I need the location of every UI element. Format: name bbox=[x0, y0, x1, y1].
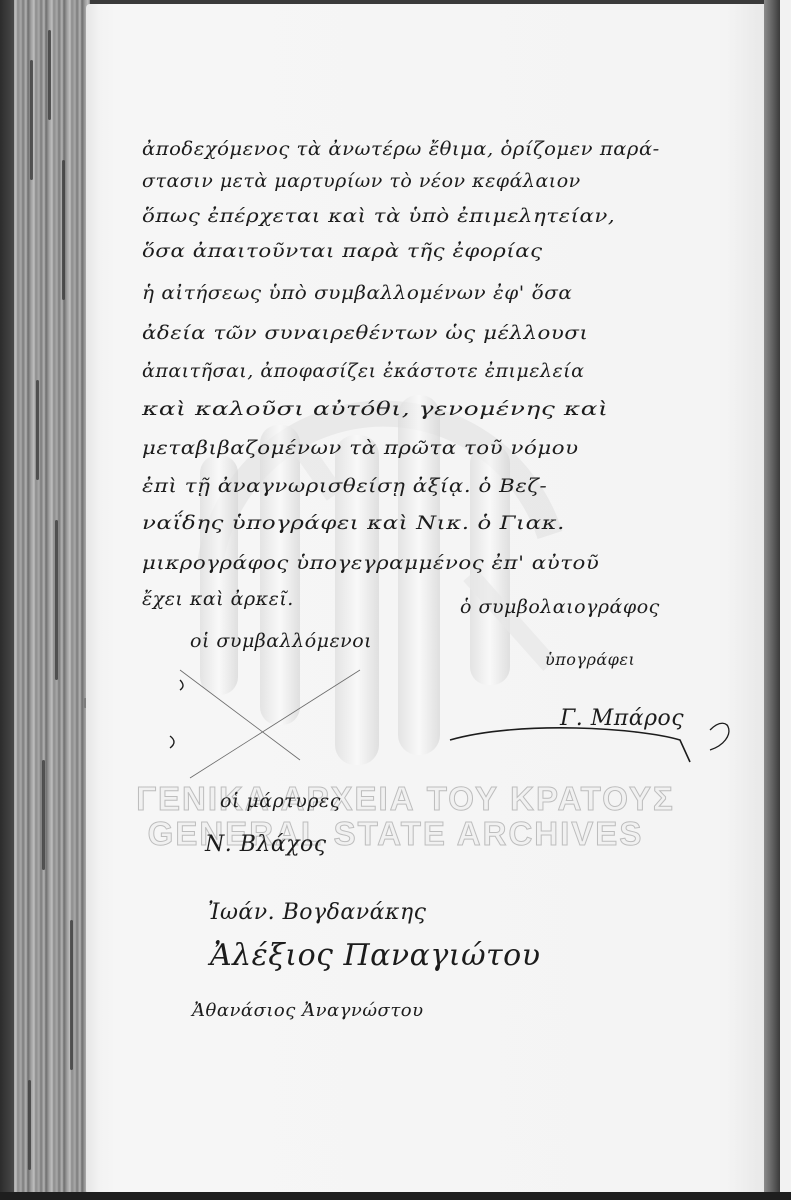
edge-streak bbox=[48, 30, 51, 120]
handwritten-line: ὅσα ἀπαιτοῦνται παρὰ τῆς ἐφορίας bbox=[142, 240, 543, 262]
handwritten-line: ἀποδεχόμενος τὰ ἀνωτέρω ἔθιμα, ὁρίζομεν … bbox=[142, 138, 660, 160]
edge-streak bbox=[70, 920, 73, 1070]
watermark-english: GENERAL STATE ARCHIVES bbox=[0, 815, 791, 853]
scan-bottom-border bbox=[0, 1192, 791, 1200]
book-spine-shadow bbox=[764, 0, 780, 1200]
handwritten-line: μεταβιβαζομένων τὰ πρῶτα τοῦ νόμου bbox=[142, 437, 579, 459]
strike-lines-icon bbox=[160, 660, 420, 780]
handwritten-line: ἔχει καὶ ἀρκεῖ. bbox=[142, 588, 294, 610]
handwritten-line: ἀδεία τῶν συναιρεθέντων ὡς μέλλουσι bbox=[142, 322, 588, 344]
handwritten-line: καὶ καλοῦσι αὐτόθι, γενομένης καὶ bbox=[142, 398, 608, 420]
next-page-edge bbox=[780, 0, 791, 1200]
handwritten-line: στασιν μετὰ μαρτυρίων τὸ νέον κεφάλαιον bbox=[142, 170, 581, 192]
witnesses-label: οἱ μάρτυρες bbox=[220, 790, 341, 812]
watermark-greek: ΓΕΝΙΚΑ ΑΡΧΕΙΑ ΤΟΥ ΚΡΑΤΟΥΣ bbox=[10, 780, 791, 818]
handwritten-line: ναΐδης ὑπογράφει καὶ Νικ. ὁ Γιακ. bbox=[142, 512, 565, 534]
handwritten-line: ὅπως ἐπέρχεται καὶ τὰ ὑπὸ ἐπιμελητείαν, bbox=[142, 205, 615, 227]
edge-streak bbox=[30, 60, 33, 180]
signature-flourish-icon bbox=[380, 700, 740, 780]
witness-signature: Ἀθανάσιος Ἀναγνώστου bbox=[192, 1000, 424, 1021]
notary-signs-label: ὑπογράφει bbox=[545, 650, 635, 669]
book-cover-edge bbox=[0, 0, 14, 1200]
notary-title: ὁ συμβολαιογράφος bbox=[460, 596, 660, 618]
witness-signature: Ἀλέξιος Παναγιώτου bbox=[210, 938, 540, 973]
handwritten-line: ἐπὶ τῇ ἀναγνωρισθείσῃ ἀξίᾳ. ὁ Βεζ- bbox=[142, 475, 547, 497]
handwritten-line: ἡ αἰτήσεως ὑπὸ συμβαλλομένων ἐφ' ὅσα bbox=[142, 282, 572, 304]
edge-streak bbox=[36, 380, 39, 480]
witness-signature: Ν. Βλάχος bbox=[205, 832, 327, 857]
edge-streak bbox=[28, 1080, 31, 1170]
edge-streak bbox=[55, 520, 58, 680]
edge-streak bbox=[62, 160, 65, 300]
handwritten-line: μικρογράφος ὑπογεγραμμένος ἐπ' αὐτοῦ bbox=[142, 552, 599, 574]
contracting-parties-label: οἱ συμβαλλόμενοι bbox=[190, 630, 372, 652]
witness-signature: Ἰωάν. Βογδανάκης bbox=[208, 900, 426, 925]
book-page-edges bbox=[0, 0, 90, 1200]
handwritten-line: ἀπαιτῆσαι, ἀποφασίζει ἐκάστοτε ἐπιμελεία bbox=[142, 360, 584, 382]
